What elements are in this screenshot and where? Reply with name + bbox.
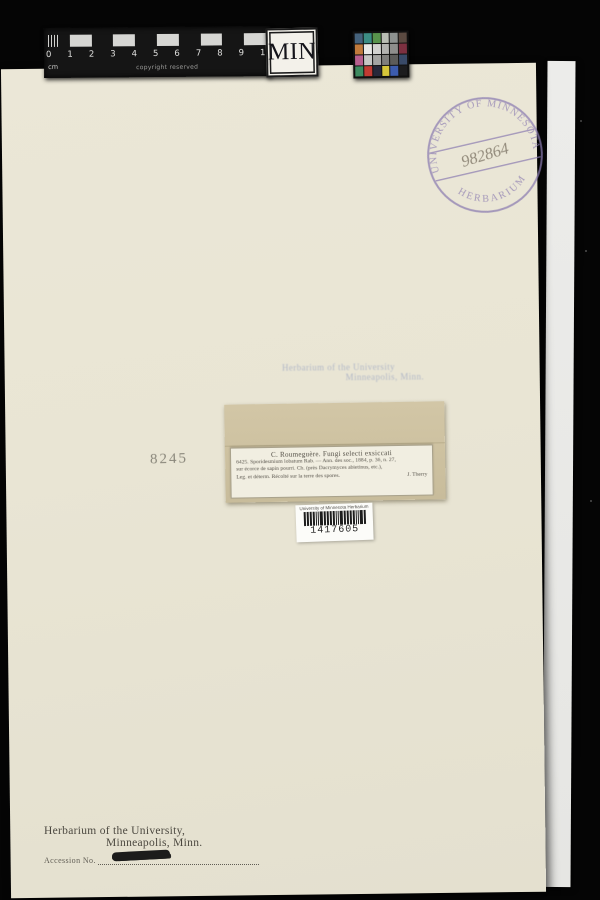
color-patch [373, 66, 381, 76]
scale-bar-blocks [48, 33, 266, 47]
color-patch [373, 55, 381, 65]
scale-block [222, 33, 244, 45]
scale-number: 3 [110, 49, 116, 59]
scale-number: 9 [239, 48, 245, 58]
scale-block [244, 33, 266, 45]
faint-stamp-line2: Minneapolis, Minn. [282, 371, 438, 382]
color-patch [391, 66, 399, 76]
scale-number: 1 [67, 50, 73, 60]
color-patch [355, 55, 363, 65]
color-patch [399, 55, 407, 65]
barcode-bar [363, 510, 365, 524]
color-patch [390, 44, 398, 54]
scale-number: 2 [89, 50, 95, 60]
scale-bar-numbers: 012345678910 [44, 48, 271, 61]
dust-speck [580, 120, 582, 122]
scale-block [91, 34, 113, 46]
pencil-number: 8245 [150, 451, 188, 469]
barcode-bar [319, 511, 322, 525]
svg-text:HERBARIUM: HERBARIUM [454, 171, 532, 212]
color-patch [390, 55, 398, 65]
scale-block [135, 34, 157, 46]
herbarium-sheet-scan: 012345678910 cm copyright reserved MIN U… [0, 0, 600, 900]
color-patch [372, 44, 380, 54]
color-patch [381, 44, 389, 54]
specimen-packet: C. Roumeguère. Fungi selecti exsiccati 6… [224, 401, 446, 502]
accession-label: Accession No. [44, 856, 96, 865]
color-patch [399, 66, 407, 76]
scale-bar: 012345678910 cm copyright reserved [44, 26, 271, 78]
color-patch [382, 66, 390, 76]
scale-block [200, 33, 222, 45]
scale-bar-copyright: copyright reserved [136, 64, 198, 72]
color-patch [390, 33, 398, 43]
stamp-arc-bottom-text: HERBARIUM [454, 171, 532, 212]
bottom-stamp-line1: Herbarium of the University, [44, 825, 259, 837]
color-patch [355, 66, 363, 76]
dust-speck [590, 500, 592, 502]
accession-row: Accession No. [44, 855, 259, 865]
exsiccata-label-collector: J. Therry [407, 471, 427, 479]
faint-ownership-stamp: Herbarium of the University Minneapolis,… [282, 361, 438, 382]
scale-number: 8 [217, 48, 223, 58]
scale-number: 5 [153, 49, 159, 59]
dust-speck [585, 250, 587, 252]
scale-number: 0 [46, 50, 52, 60]
color-calibration-card [353, 31, 410, 79]
color-patch [381, 33, 389, 43]
color-patch [355, 44, 363, 54]
institution-code-box: MIN [265, 27, 318, 77]
color-patch [399, 33, 407, 43]
color-patch [355, 33, 363, 43]
color-patch [382, 55, 390, 65]
scale-block [113, 34, 135, 46]
scale-block [70, 35, 92, 47]
barcode-label: University of Minnesota Herbarium 141760… [295, 503, 373, 543]
scale-number: 4 [132, 49, 138, 59]
exsiccata-label: C. Roumeguère. Fungi selecti exsiccati 6… [230, 444, 434, 498]
bottom-ownership-stamp: Herbarium of the University, Minneapolis… [44, 825, 259, 865]
barcode-bar [359, 510, 362, 524]
barcode-bar [339, 511, 342, 525]
bottom-stamp-line2: Minneapolis, Minn. [44, 837, 259, 849]
color-patch [363, 33, 371, 43]
herbarium-round-stamp: UNIVERSITY OF MINNESOTA HERBARIUM 982864 [405, 75, 566, 236]
color-patch [364, 55, 372, 65]
color-patch [364, 44, 372, 54]
scale-block [157, 34, 179, 46]
scale-block [179, 34, 201, 46]
scale-bar-mm-hatch [48, 35, 59, 47]
scale-bar-unit: cm [48, 63, 58, 71]
exsiccata-label-line3: Leg. et déterm. Récolté sur la terre des… [236, 472, 340, 481]
color-patch [364, 66, 372, 76]
scale-number: 7 [196, 49, 202, 59]
institution-code: MIN [268, 38, 317, 66]
color-patch [372, 33, 380, 43]
scale-number: 6 [174, 49, 180, 59]
color-patch [399, 44, 407, 54]
